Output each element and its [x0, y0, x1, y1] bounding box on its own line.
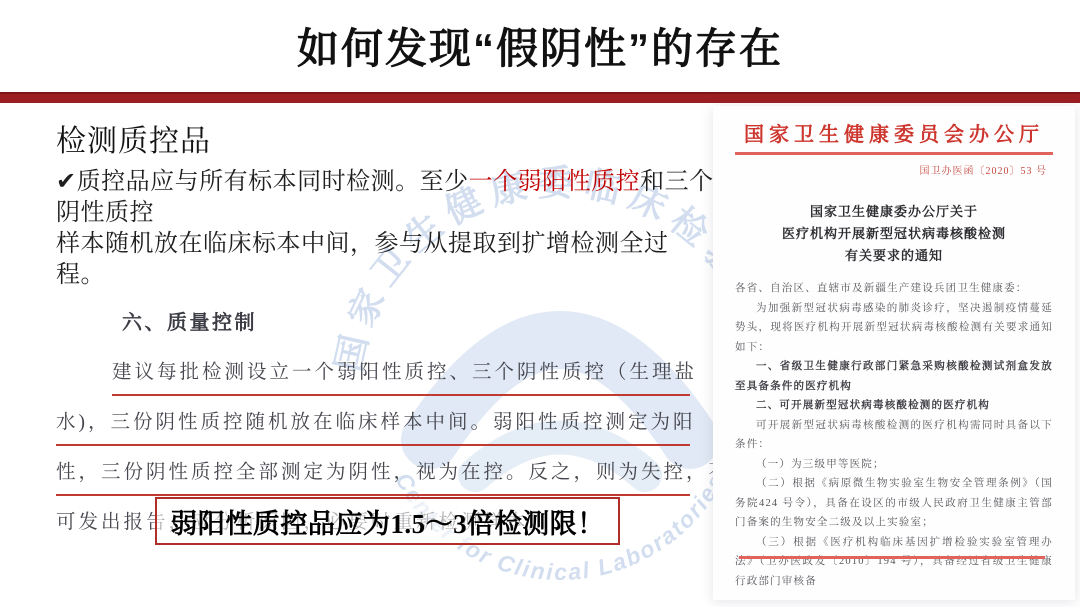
- document-number: 国卫办医函〔2020〕53 号: [735, 162, 1053, 177]
- document-section1-heading: 一、省级卫生健康行政部门紧急采购核酸检测试剂盒发放至具备条件的医疗机构: [735, 357, 1053, 396]
- official-document-page: 国家卫生健康委员会办公厅 国卫办医函〔2020〕53 号 国家卫生健康委办公厅关…: [713, 106, 1075, 600]
- document-agency-header: 国家卫生健康委员会办公厅: [735, 118, 1053, 147]
- document-title-line: 国家卫生健康委办公厅关于: [735, 201, 1053, 223]
- highlighted-text: 一个弱阳性质控: [469, 169, 641, 195]
- check-icon: ✔: [56, 169, 77, 195]
- left-content-column: 检测质控品 ✔质控品应与所有标本同时检测。至少一个弱阳性质控和三个阴性质控 样本…: [56, 116, 716, 554]
- document-body: 各省、自治区、直辖市及新疆生产建设兵团卫生健康委： 为加强新型冠状病毒感染的肺炎…: [735, 279, 1053, 591]
- excerpt-line: 性，三份阴性质控全部测定为阴性，视为在控。反之，则为失控，不: [56, 456, 690, 496]
- document-footer-rule: [739, 556, 1045, 559]
- document-title-line: 医疗机构开展新型冠状病毒核酸检测: [735, 223, 1053, 245]
- document-header-rule: [735, 152, 1053, 155]
- document-item-3: （三）根据《医疗机构临床基因扩增检验实验室管理办法》（卫办医政发〔2010〕19…: [735, 533, 1053, 592]
- document-section2-heading: 二、可开展新型冠状病毒核酸检测的医疗机构: [735, 396, 1053, 416]
- bullet-text-pre: 质控品应与所有标本同时检测。至少: [77, 169, 469, 195]
- bullet-paragraph: ✔质控品应与所有标本同时检测。至少一个弱阳性质控和三个阴性质控 样本随机放在临床…: [56, 167, 716, 291]
- bullet-line-2: 样本随机放在临床标本中间，参与从提取到扩增检测全过程。: [56, 229, 716, 291]
- document-item-1: （一）为三级甲等医院；: [735, 455, 1053, 475]
- title-divider: [0, 92, 1080, 103]
- document-item-2: （二）根据《病原微生物实验室生物安全管理条例》（国务院424 号令），具备在设区…: [735, 474, 1053, 533]
- document-title-line: 有关要求的通知: [735, 245, 1053, 267]
- slide: 如何发现“假阴性”的存在 国家卫生健康委临床检验中心 Center for Cl…: [0, 0, 1080, 607]
- excerpt-line: 水)，三份阴性质控随机放在临床样本中间。弱阳性质控测定为阳: [56, 406, 690, 446]
- document-section2-intro: 可开展新型冠状病毒核酸检测的医疗机构需同时具备以下条件：: [735, 416, 1053, 455]
- excerpt-heading: 六、质量控制: [122, 306, 690, 335]
- document-intro: 为加强新型冠状病毒感染的肺炎诊疗，坚决遏制疫情蔓延势头，现将医疗机构开展新型冠状…: [735, 299, 1053, 358]
- bullet-line-1: ✔质控品应与所有标本同时检测。至少一个弱阳性质控和三个阴性质控: [56, 167, 716, 229]
- document-salutation: 各省、自治区、直辖市及新疆生产建设兵团卫生健康委：: [735, 279, 1053, 299]
- page-title: 如何发现“假阴性”的存在: [0, 16, 1080, 76]
- callout-box: 弱阳性质控品应为1.5～3倍检测限！: [155, 497, 620, 545]
- document-title: 国家卫生健康委办公厅关于 医疗机构开展新型冠状病毒核酸检测 有关要求的通知: [735, 201, 1053, 267]
- callout-text: 弱阳性质控品应为1.5～3倍检测限！: [170, 502, 604, 541]
- section-heading: 检测质控品: [56, 116, 716, 160]
- excerpt-line: 建议每批检测设立一个弱阳性质控、三个阴性质控（生理盐: [112, 356, 690, 396]
